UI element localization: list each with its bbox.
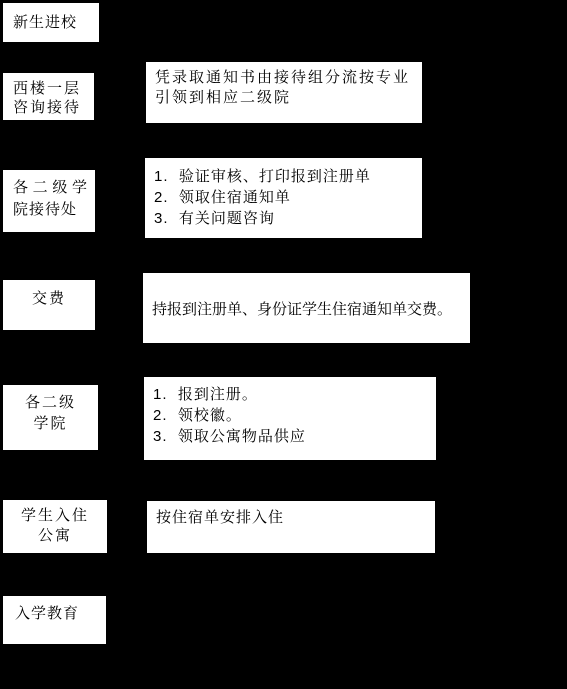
detail-list-item: 2. 领取住宿通知单 <box>154 187 422 208</box>
detail-text-line: 凭录取通知书由接待组分流按专业 <box>155 68 422 88</box>
detail-box-accommodation-arrangement: 按住宿单安排入住 <box>147 501 435 553</box>
step-box-west-building-reception: 西楼一层 咨询接待 <box>3 73 94 120</box>
detail-box-payment-instructions: 持报到注册单、身份证学生住宿通知单交费。 <box>143 273 470 343</box>
step-label-line: 学院 <box>3 413 98 434</box>
detail-list-item: 2. 领校徽。 <box>153 405 436 426</box>
step-box-college-reception-desk: 各二级学 院接待处 <box>3 170 95 232</box>
step-label: 入学教育 <box>15 602 106 623</box>
detail-text-line: 持报到注册单、身份证学生住宿通知单交费。 <box>152 298 452 319</box>
step-box-enrollment-education: 入学教育 <box>3 596 106 644</box>
detail-box-verification-list: 1. 验证审核、打印报到注册单 2. 领取住宿通知单 3. 有关问题咨询 <box>145 158 422 238</box>
step-label-line: 各二级 <box>3 392 98 413</box>
detail-list-item: 1. 报到注册。 <box>153 384 436 405</box>
detail-list-item: 1. 验证审核、打印报到注册单 <box>154 166 422 187</box>
step-label: 交费 <box>3 287 95 308</box>
step-box-pay-fees: 交费 <box>3 280 95 330</box>
step-label-line: 咨询接待 <box>13 98 94 117</box>
step-box-new-students-enter: 新生进校 <box>3 3 99 42</box>
step-label-line: 各二级学 <box>13 177 87 199</box>
detail-box-registration-list: 1. 报到注册。 2. 领校徽。 3. 领取公寓物品供应 <box>144 377 436 460</box>
step-box-secondary-colleges: 各二级 学院 <box>3 385 98 450</box>
detail-list-item: 3. 有关问题咨询 <box>154 208 422 229</box>
detail-text-line: 引领到相应二级院 <box>155 88 422 108</box>
step-label-line: 院接待处 <box>13 199 95 221</box>
detail-box-admission-notice-guide: 凭录取通知书由接待组分流按专业 引领到相应二级院 <box>146 62 422 123</box>
detail-text-line: 按住宿单安排入住 <box>156 506 435 527</box>
flowchart-canvas: 新生进校 西楼一层 咨询接待 凭录取通知书由接待组分流按专业 引领到相应二级院 … <box>0 0 567 689</box>
step-label-line: 西楼一层 <box>13 79 94 98</box>
step-label-line: 学生入住 <box>3 506 107 526</box>
detail-list-item: 3. 领取公寓物品供应 <box>153 426 436 447</box>
step-label-line: 公寓 <box>3 526 107 546</box>
step-box-student-move-in: 学生入住 公寓 <box>3 500 107 553</box>
step-label: 新生进校 <box>13 11 99 32</box>
